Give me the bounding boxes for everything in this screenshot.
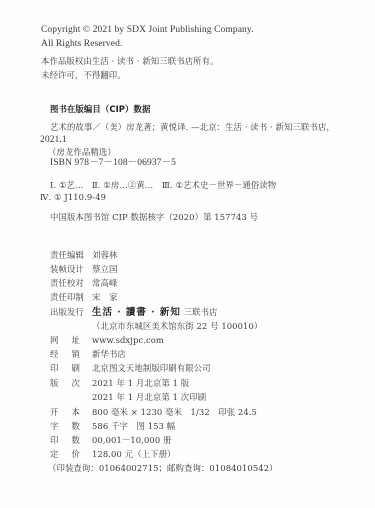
cip-series: （房龙作品精选） <box>48 147 116 158</box>
no-reprint-line: 未经许可，不得翻印。 <box>41 70 126 81</box>
detail-label: 定 <box>50 449 58 460</box>
credit-value: 宋 家 <box>92 292 117 302</box>
credit-label: 装帧设计 <box>50 264 92 275</box>
detail-label: 印 <box>50 435 58 446</box>
cip-title: 图书在版编目（CIP）数据 <box>50 104 150 115</box>
credit-value: 蔡立国 <box>92 264 117 274</box>
credit-label: 责任编辑 <box>50 250 92 261</box>
detail-value: 586 千字 图 153 幅 <box>92 421 175 431</box>
detail-label: 数 <box>72 435 80 446</box>
publisher-name: 三联书店 <box>184 307 218 317</box>
detail-row: 2021 年 1 月北京第 1 次印刷 <box>50 392 206 403</box>
detail-label: 销 <box>72 349 80 360</box>
credit-label: 责任印制 <box>50 292 92 303</box>
detail-row: 开本800 毫米 × 1230 毫米 1/32 印张 24.5 <box>50 407 257 418</box>
publisher-brand-logo: 生活 · 讀書 · 新知 <box>92 307 181 318</box>
detail-label: 版 <box>50 378 58 389</box>
detail-label: 经 <box>50 349 58 360</box>
publisher-address: （北京市东城区美术馆东街 22 号 100010） <box>92 321 262 332</box>
credit-row: 责任校对常高峰 <box>50 278 117 289</box>
detail-value: 128.00 元（上下册） <box>92 449 176 459</box>
isbn: ISBN 978－7－108－06937－5 <box>50 158 176 169</box>
cip-classification: Ⅰ. ①艺… Ⅱ. ①房…②黄… Ⅲ. ①艺术史－世界－通俗读物 <box>50 180 276 191</box>
detail-row: 印刷北京图文天地制版印刷有限公司 <box>50 363 211 374</box>
detail-label: 网 <box>50 335 58 346</box>
detail-row: 字数586 千字 图 153 幅 <box>50 421 175 432</box>
detail-label: 印 <box>50 363 58 374</box>
detail-label: 字 <box>50 421 58 432</box>
detail-label: 价 <box>72 449 80 460</box>
detail-label: 刷 <box>72 363 80 374</box>
credit-value: 常高峰 <box>92 278 117 288</box>
detail-value: 800 毫米 × 1230 毫米 1/32 印张 24.5 <box>92 407 257 417</box>
publisher-label: 出版发行 <box>50 307 92 318</box>
detail-value: 2021 年 1 月北京第 1 版 <box>92 378 189 388</box>
credit-value: 刘蓉林 <box>92 250 117 260</box>
rights-reserved-line: All Rights Reserved. <box>41 39 122 50</box>
detail-label: 数 <box>72 421 80 432</box>
copyright-owner-line: 本作品版权由生活 · 读书 · 新知三联书店所有。 <box>41 56 219 67</box>
credit-label: 责任校对 <box>50 278 92 289</box>
detail-label: 址 <box>72 335 80 346</box>
detail-row: 经销新华书店 <box>50 349 126 360</box>
inquiry-line: （印装查询：01064002715；邮购查询：01084010542） <box>48 463 278 474</box>
credit-row: 责任编辑刘蓉林 <box>50 250 117 261</box>
credit-row: 责任印制宋 家 <box>50 292 117 303</box>
detail-label: 开 <box>50 407 58 418</box>
detail-label: 本 <box>72 407 80 418</box>
detail-value: 00,001－10,000 册 <box>92 435 172 445</box>
detail-value: 2021 年 1 月北京第 1 次印刷 <box>92 392 206 402</box>
website-link[interactable]: www.sdxjpc.com <box>92 335 164 345</box>
copyright-line: Copyright © 2021 by SDX Joint Publishing… <box>41 25 254 36</box>
cip-record-number: 中国版本图书馆 CIP 数据核字（2020）第 157743 号 <box>50 212 258 223</box>
publisher-row: 出版发行生活 · 讀書 · 新知 三联书店 <box>50 307 218 318</box>
cip-date: 2021.1 <box>40 135 67 146</box>
detail-row: 印数00,001－10,000 册 <box>50 435 172 446</box>
detail-value: 新华书店 <box>92 349 126 359</box>
detail-label: 次 <box>72 378 80 389</box>
detail-row: 定价128.00 元（上下册） <box>50 449 176 460</box>
detail-row: 网址www.sdxjpc.com <box>50 335 164 346</box>
detail-row: 版次2021 年 1 月北京第 1 版 <box>50 378 189 389</box>
cip-entry: 艺术的故事／（美）房龙著；黄悦译. —北京：生活 · 读书 · 新知三联书店， <box>50 122 335 133</box>
cip-classification-2: Ⅳ. ① J110.9-49 <box>40 192 106 203</box>
detail-value: 北京图文天地制版印刷有限公司 <box>92 363 211 373</box>
credit-row: 装帧设计蔡立国 <box>50 264 117 275</box>
